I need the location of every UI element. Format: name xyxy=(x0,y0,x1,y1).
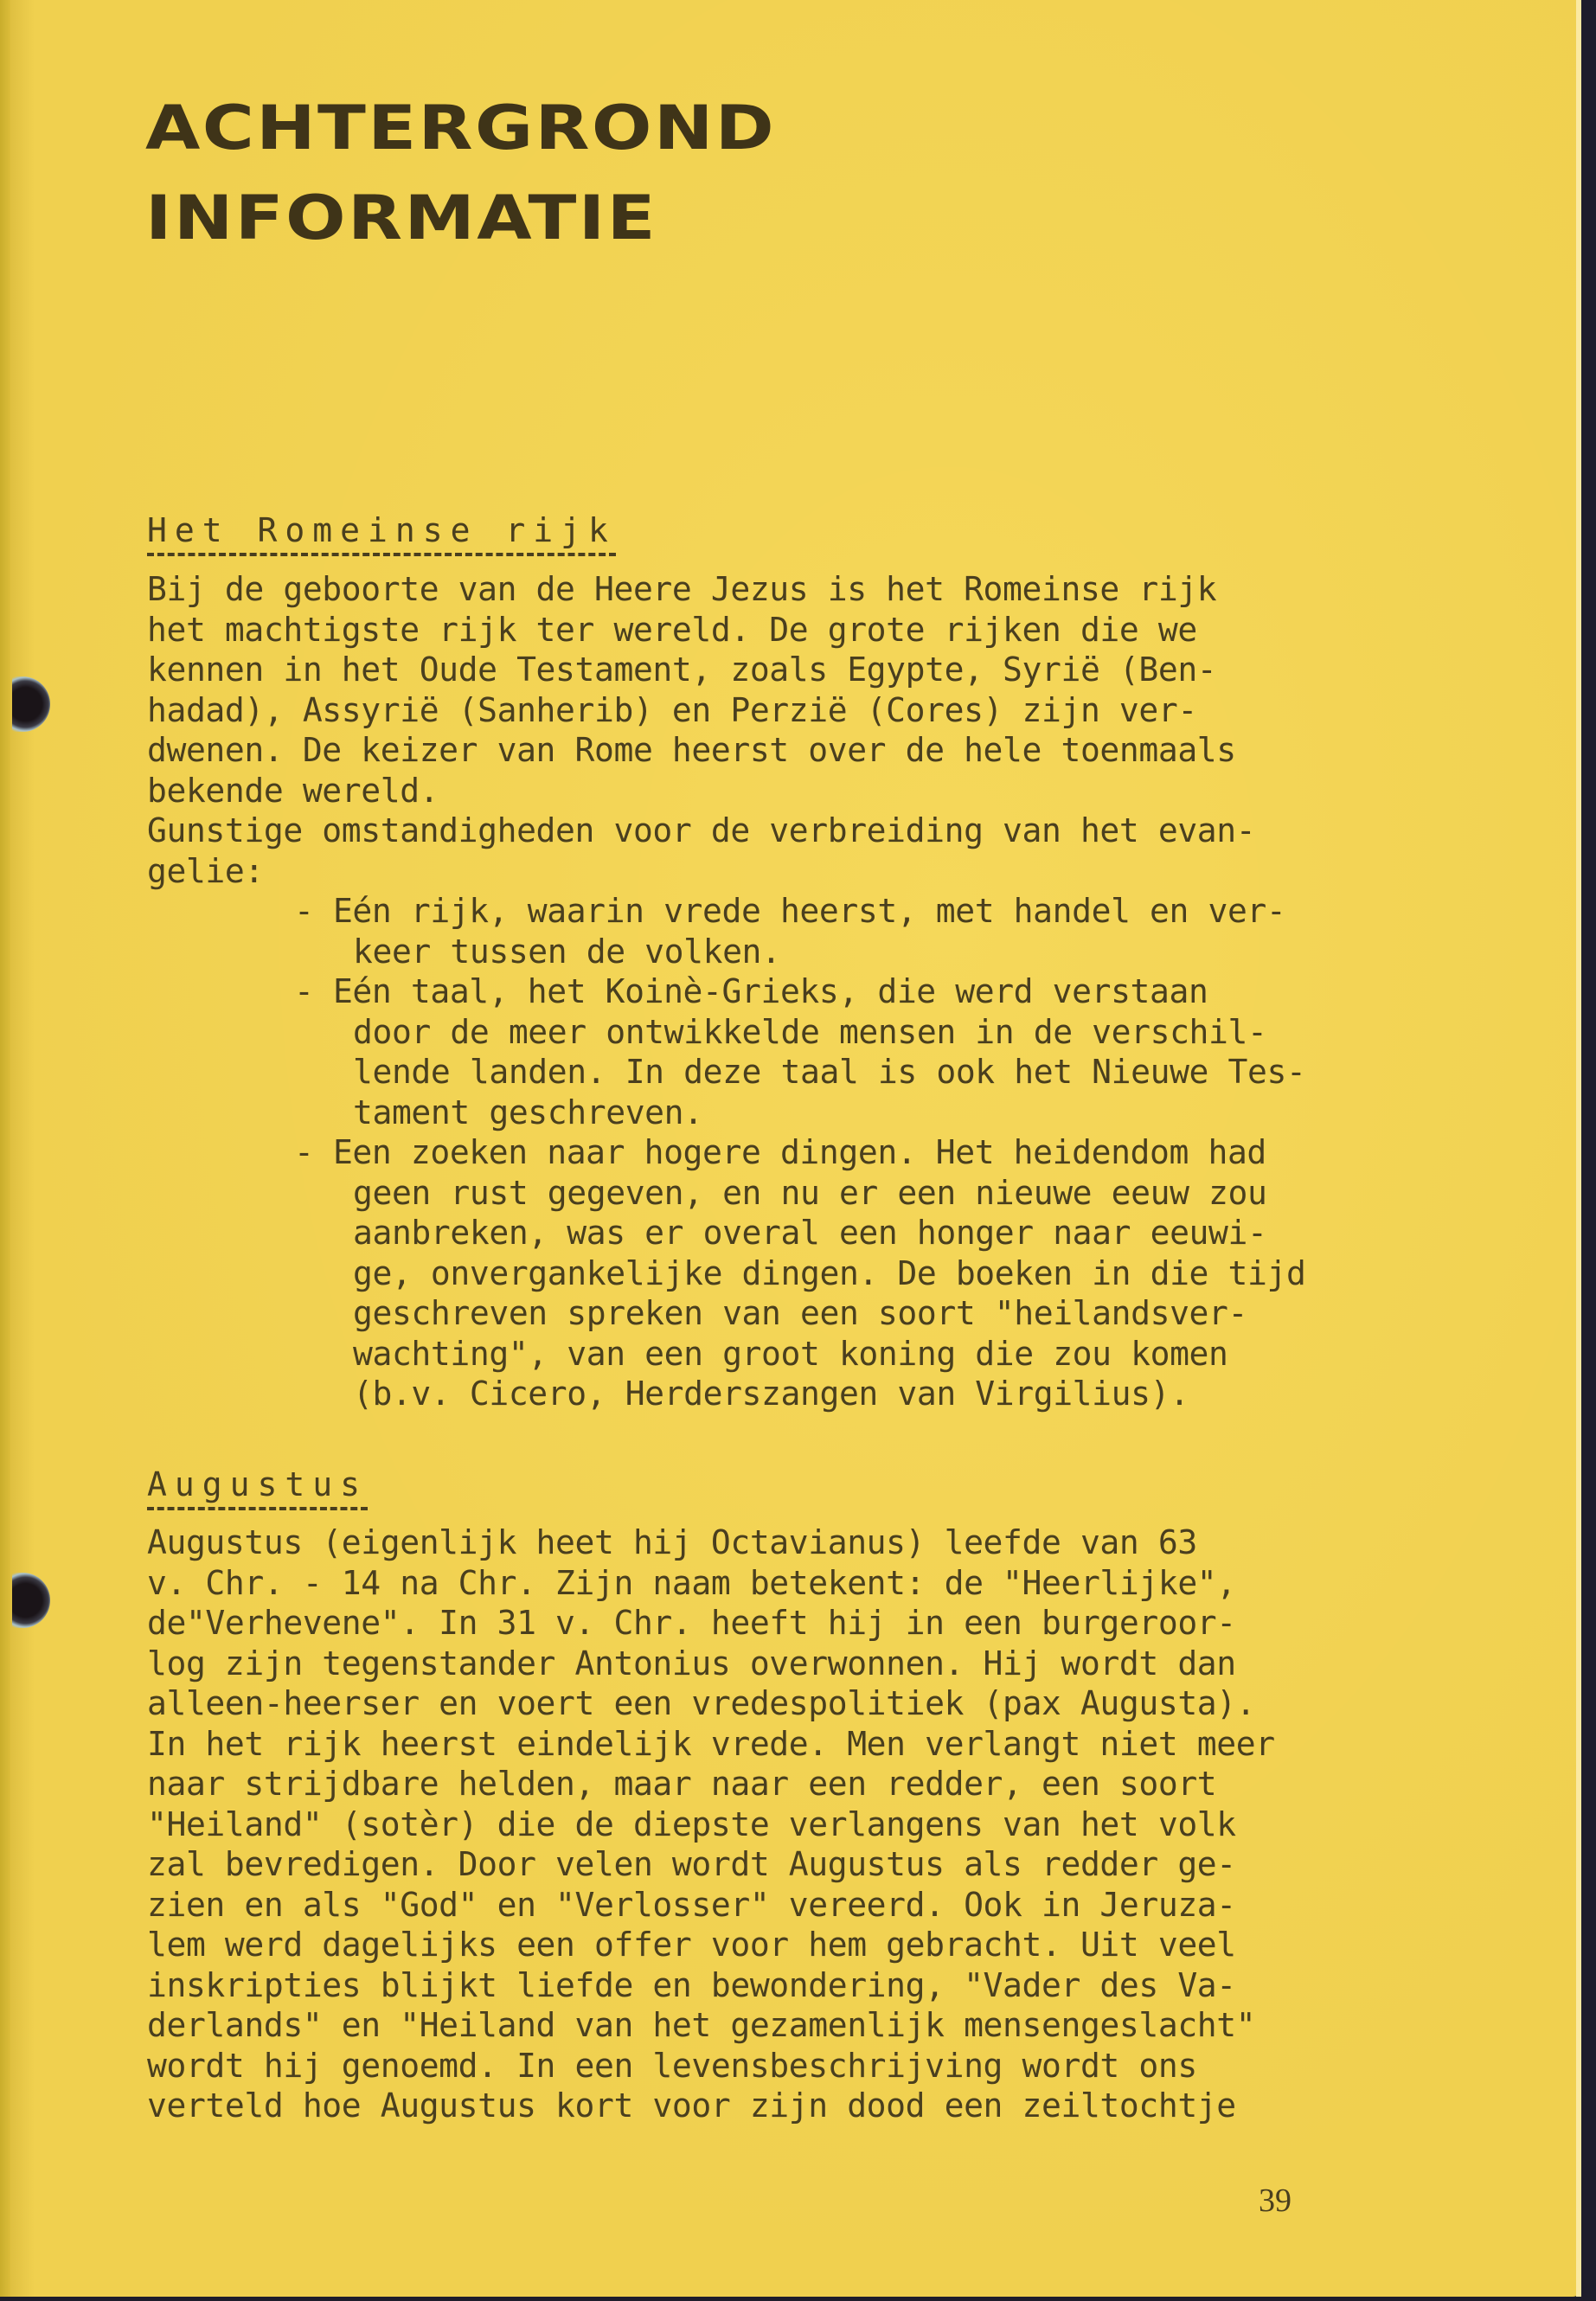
text-line: bekende wereld. xyxy=(147,771,1305,811)
text-line: Gunstige omstandigheden voor de verbreid… xyxy=(147,811,1305,851)
page: ACHTERGROND INFORMATIE Het Romeinse rijk… xyxy=(0,0,1581,2297)
text-line: het machtigste rijk ter wereld. De grote… xyxy=(147,610,1305,651)
text-line: alleen-heerser en voert een vredespoliti… xyxy=(147,1683,1275,1724)
text-line: gelie: xyxy=(147,851,1305,892)
list-item: - Eén rijk, waarin vrede heerst, met han… xyxy=(147,891,1305,932)
text-line: v. Chr. - 14 na Chr. Zijn naam betekent:… xyxy=(147,1563,1275,1604)
section-body-romeinse-rijk: Bij de geboorte van de Heere Jezus is he… xyxy=(147,569,1305,1414)
text-line: keer tussen de volken. xyxy=(147,932,1305,972)
page-title: ACHTERGROND INFORMATIE xyxy=(145,83,776,263)
text-line: "Heiland" (sotèr) die de diepste verlang… xyxy=(147,1804,1275,1845)
text-line: inskripties blijkt liefde en bewondering… xyxy=(147,1965,1275,2006)
text-line: (b.v. Cicero, Herderszangen van Virgiliu… xyxy=(147,1374,1305,1414)
text-line: ge, onvergankelijke dingen. De boeken in… xyxy=(147,1253,1305,1294)
list-item: - Eén taal, het Koinè-Grieks, die werd v… xyxy=(147,971,1305,1012)
text-line: Augustus (eigenlijk heet hij Octavianus)… xyxy=(147,1522,1275,1563)
page-number: 39 xyxy=(1259,2182,1292,2220)
list-item: - Een zoeken naar hogere dingen. Het hei… xyxy=(147,1132,1305,1173)
punch-hole-icon xyxy=(12,1573,50,1628)
section-heading-romeinse-rijk: Het Romeinse rijk xyxy=(147,510,616,556)
text-line: zal bevredigen. Door velen wordt Augustu… xyxy=(147,1844,1275,1885)
text-line: verteld hoe Augustus kort voor zijn dood… xyxy=(147,2086,1275,2126)
text-line: zien en als "God" en "Verlosser" vereerd… xyxy=(147,1885,1275,1926)
title-line: ACHTERGROND xyxy=(145,83,776,173)
text-line: wachting", van een groot koning die zou … xyxy=(147,1334,1305,1375)
page-edge-left xyxy=(0,0,10,2297)
text-line: kennen in het Oude Testament, zoals Egyp… xyxy=(147,650,1305,690)
text-line: door de meer ontwikkelde mensen in de ve… xyxy=(147,1012,1305,1053)
text-line: geen rust gegeven, en nu er een nieuwe e… xyxy=(147,1173,1305,1214)
text-line: geschreven spreken van een soort "heilan… xyxy=(147,1293,1305,1334)
section-heading-augustus: Augustus xyxy=(147,1465,368,1510)
text-line: Bij de geboorte van de Heere Jezus is he… xyxy=(147,569,1305,610)
title-line: INFORMATIE xyxy=(145,173,776,263)
text-line: aanbreken, was er overal een honger naar… xyxy=(147,1213,1305,1253)
page-edge-right xyxy=(1576,0,1581,2297)
text-line: wordt hij genoemd. In een levensbeschrij… xyxy=(147,2046,1275,2086)
text-line: derlands" en "Heiland van het gezamenlij… xyxy=(147,2005,1275,2046)
text-line: lem werd dagelijks een offer voor hem ge… xyxy=(147,1925,1275,1965)
text-line: In het rijk heerst eindelijk vrede. Men … xyxy=(147,1724,1275,1765)
text-line: tament geschreven. xyxy=(147,1093,1305,1133)
text-line: hadad), Assyrië (Sanherib) en Perzië (Co… xyxy=(147,690,1305,731)
text-line: log zijn tegenstander Antonius overwonne… xyxy=(147,1644,1275,1684)
text-line: dwenen. De keizer van Rome heerst over d… xyxy=(147,730,1305,771)
text-line: naar strijdbare helden, maar naar een re… xyxy=(147,1764,1275,1804)
section-body-augustus: Augustus (eigenlijk heet hij Octavianus)… xyxy=(147,1522,1275,2126)
text-line: de"Verhevene". In 31 v. Chr. heeft hij i… xyxy=(147,1603,1275,1644)
text-line: lende landen. In deze taal is ook het Ni… xyxy=(147,1052,1305,1093)
punch-hole-icon xyxy=(12,676,50,732)
